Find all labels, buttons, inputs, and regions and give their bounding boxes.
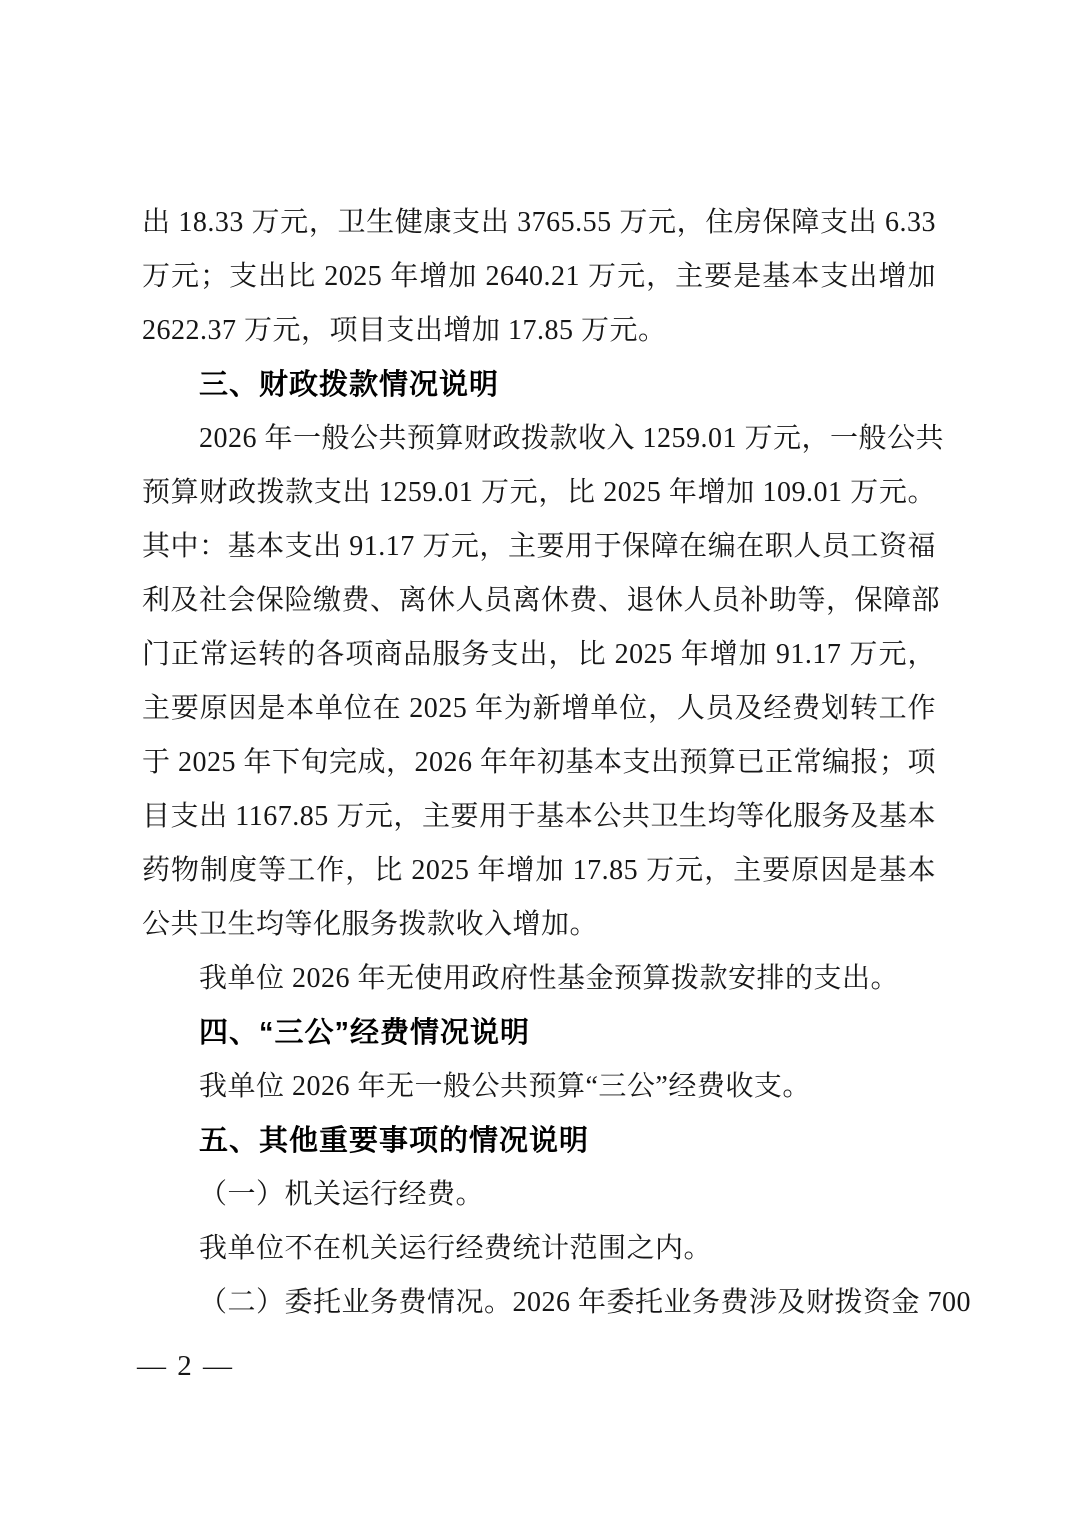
- text-line: 于 2025 年下旬完成，2026 年年初基本支出预算已正常编报；项: [142, 736, 936, 790]
- text-line: 万元；支出比 2025 年增加 2640.21 万元，主要是基本支出增加: [142, 250, 936, 304]
- document-body: 出 18.33 万元，卫生健康支出 3765.55 万元，住房保障支出 6.33…: [142, 196, 936, 1330]
- text-line: 门正常运转的各项商品服务支出，比 2025 年增加 91.17 万元，: [142, 628, 936, 682]
- text-line: 预算财政拨款支出 1259.01 万元，比 2025 年增加 109.01 万元…: [142, 466, 936, 520]
- text-line: （一）机关运行经费。: [142, 1168, 936, 1222]
- section-heading-5: 五、其他重要事项的情况说明: [142, 1114, 936, 1168]
- page-number: — 2 —: [137, 1346, 234, 1386]
- document-page: 出 18.33 万元，卫生健康支出 3765.55 万元，住房保障支出 6.33…: [0, 0, 1074, 1520]
- text-line: 公共卫生均等化服务拨款收入增加。: [142, 898, 936, 952]
- text-line: 我单位 2026 年无使用政府性基金预算拨款安排的支出。: [142, 952, 936, 1006]
- text-line: 我单位不在机关运行经费统计范围之内。: [142, 1222, 936, 1276]
- text-line: 2026 年一般公共预算财政拨款收入 1259.01 万元，一般公共: [142, 412, 936, 466]
- text-line: 利及社会保险缴费、离休人员离休费、退休人员补助等，保障部: [142, 574, 936, 628]
- text-line: 主要原因是本单位在 2025 年为新增单位，人员及经费划转工作: [142, 682, 936, 736]
- text-line: 其中：基本支出 91.17 万元，主要用于保障在编在职人员工资福: [142, 520, 936, 574]
- section-heading-4: 四、“三公”经费情况说明: [142, 1006, 936, 1060]
- text-line: 出 18.33 万元，卫生健康支出 3765.55 万元，住房保障支出 6.33: [142, 196, 936, 250]
- text-line: 我单位 2026 年无一般公共预算“三公”经费收支。: [142, 1060, 936, 1114]
- text-line: （二）委托业务费情况。2026 年委托业务费涉及财拨资金 700: [142, 1276, 936, 1330]
- text-line: 药物制度等工作，比 2025 年增加 17.85 万元，主要原因是基本: [142, 844, 936, 898]
- text-line: 2622.37 万元，项目支出增加 17.85 万元。: [142, 304, 936, 358]
- text-line: 目支出 1167.85 万元，主要用于基本公共卫生均等化服务及基本: [142, 790, 936, 844]
- section-heading-3: 三、财政拨款情况说明: [142, 358, 936, 412]
